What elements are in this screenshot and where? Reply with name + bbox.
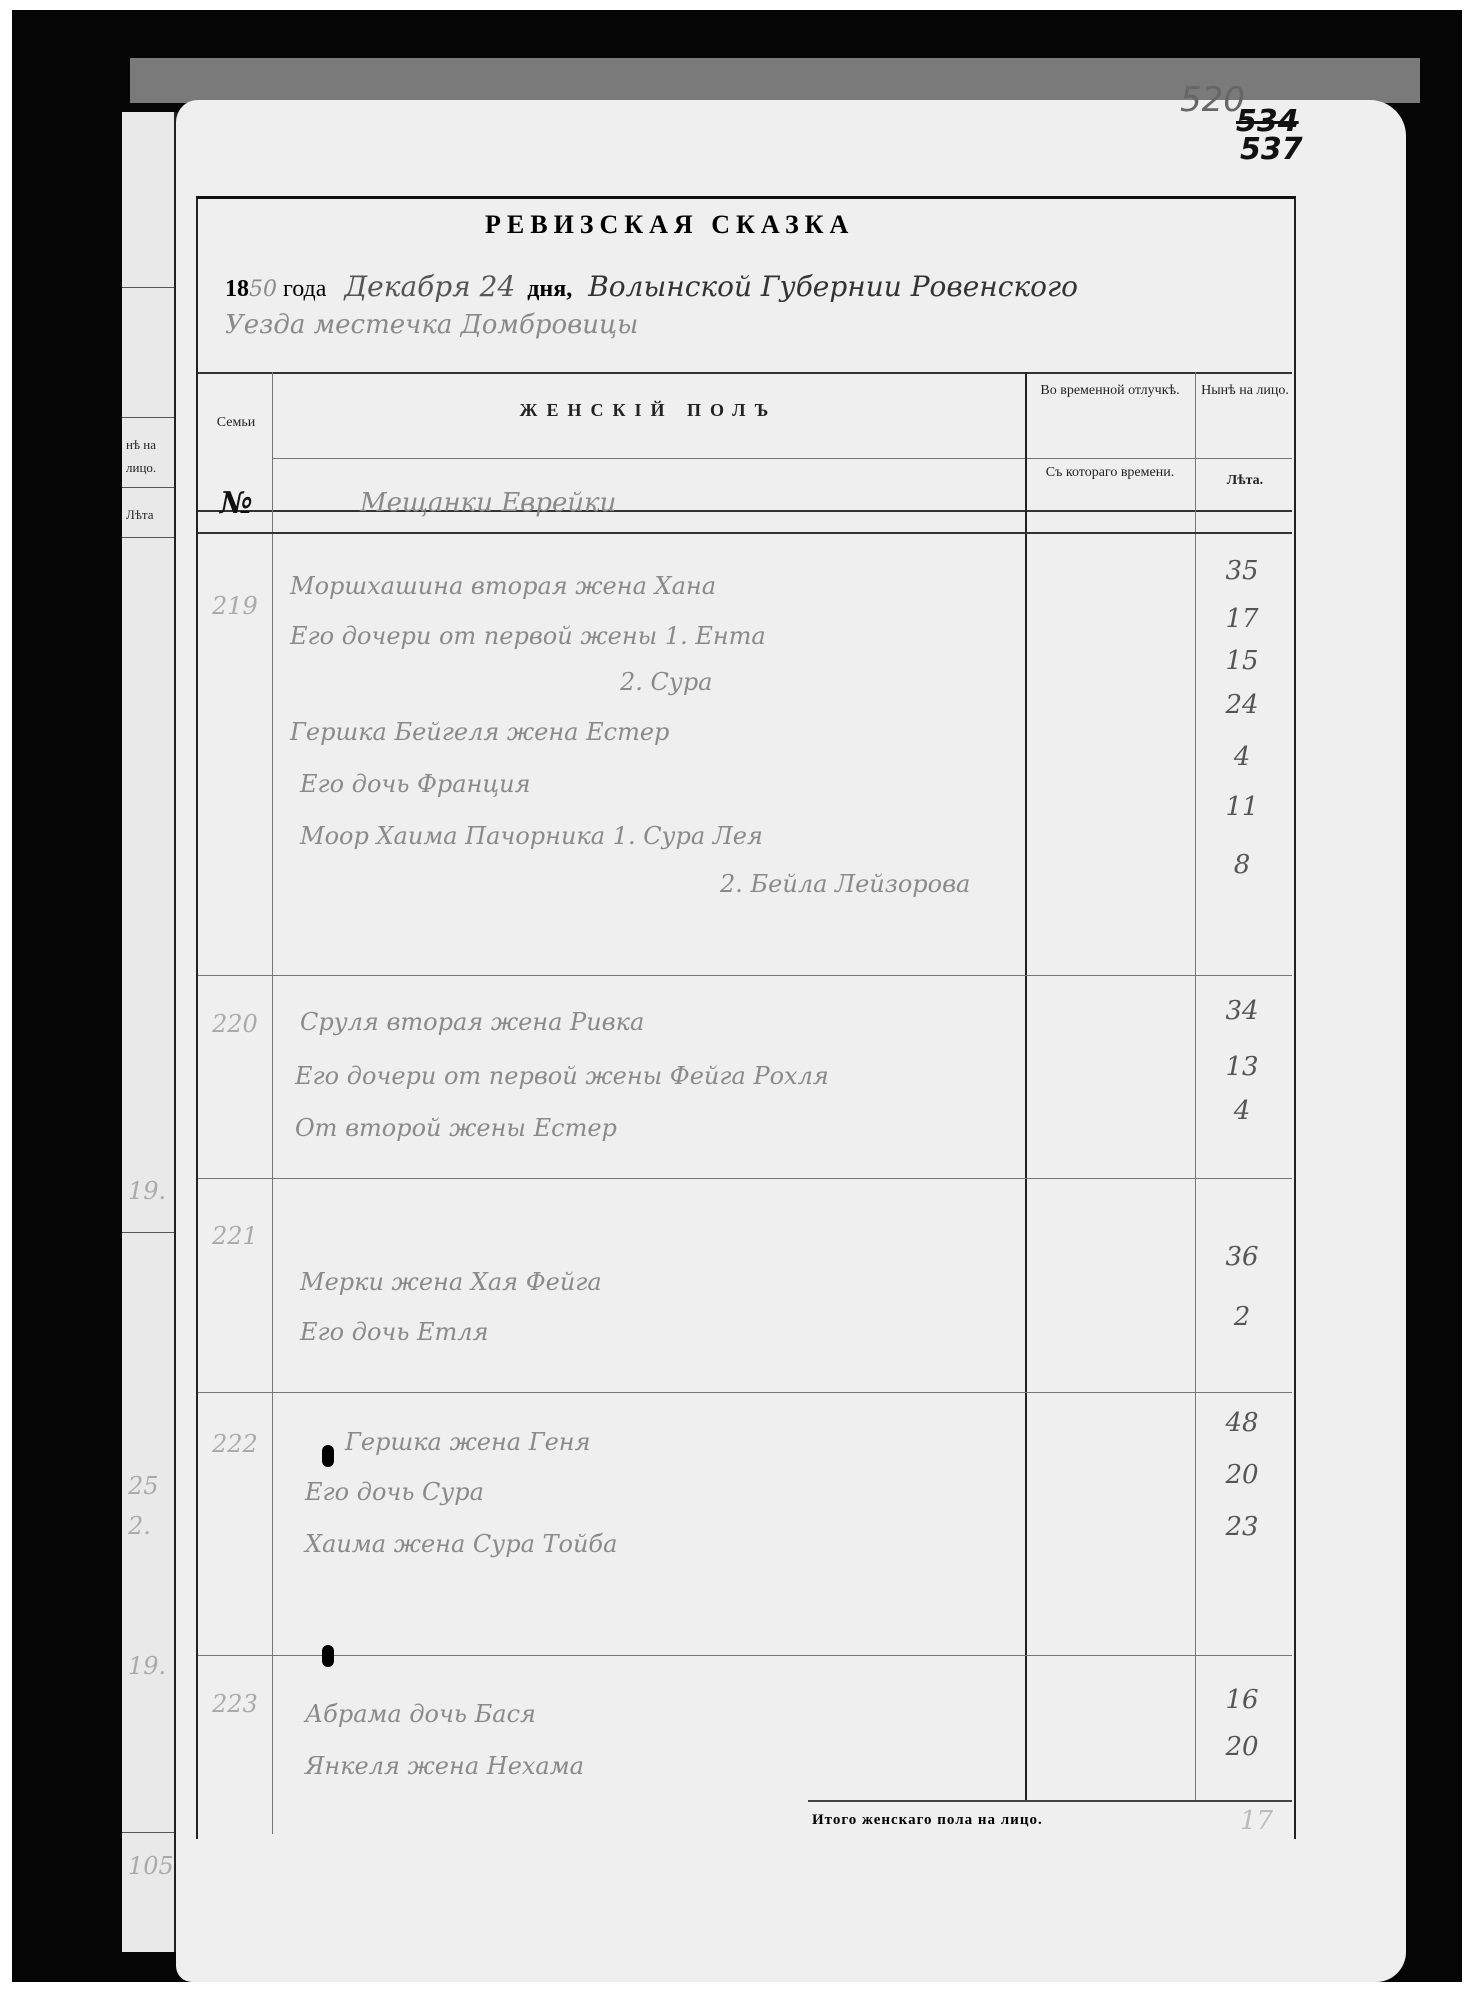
member-entry: Гершка жена Геня [345,1428,590,1456]
member-age: 48 [1212,1408,1272,1438]
member-entry: 2. Бейла Лейзорова [720,870,970,898]
prev-page-rule [122,487,174,488]
prev-page-rule [122,1832,174,1833]
prev-page-rule [122,1232,174,1233]
col-name-divider [1025,372,1027,1800]
family-number: 219 [212,592,258,620]
member-entry: Его дочь Етля [300,1318,488,1346]
group-bottom-rule [198,532,1292,534]
member-entry: Янкеля жена Нехама [305,1752,584,1780]
header-absent-bottom: Съ котораго времени. [1030,462,1190,484]
member-entry: Сруля вторая жена Ривка [300,1008,644,1036]
month-day: Декабря 24 [344,270,515,303]
member-entry: Его дочери от первой жены 1. Ента [290,622,766,650]
member-entry: Мерки жена Хая Фейга [300,1268,602,1296]
col-family-divider [272,372,273,1834]
header-female: ЖЕНСКІЙ ПОЛЪ [272,400,1025,421]
prev-page-number: 2. [128,1512,151,1540]
header-present-bottom: Лѣта. [1200,470,1290,492]
header-top-rule [198,372,1292,374]
location-line: Уезда местечка Домбровицы [225,310,638,340]
member-age: 24 [1212,690,1272,720]
member-entry: Моор Хаима Пачорника 1. Сура Лея [300,822,763,850]
day-word: дня, [527,276,572,302]
punch-hole [322,1645,334,1667]
prev-page-header-text: Лѣта [126,507,154,523]
total-rule [808,1800,1292,1802]
date-line: 1850 года Декабря 24 дня, Волынской Губе… [225,270,1078,303]
member-age: 2 [1212,1302,1272,1332]
member-entry: Его дочь Франция [300,770,531,798]
prev-page-number: 105 [128,1852,174,1880]
member-age: 23 [1212,1512,1272,1542]
prev-page-header-text: лицо. [126,460,156,476]
member-age: 15 [1212,646,1272,676]
family-number: 223 [212,1690,258,1718]
member-entry: 2. Сура [620,668,712,696]
member-age: 8 [1212,850,1272,880]
member-entry: Его дочь Сура [305,1478,484,1506]
member-age: 4 [1212,1096,1272,1126]
family-separator [198,1655,1292,1656]
col-absent-divider [1195,372,1196,1800]
family-number: 220 [212,1010,258,1038]
family-number: 221 [212,1222,258,1250]
family-separator [198,1392,1292,1393]
header-absent-top: Во временной отлучкѣ. [1030,380,1190,402]
family-separator [198,975,1292,976]
number-sign: № [220,486,253,521]
prev-page-number: 19. [128,1652,166,1680]
member-age: 13 [1212,1052,1272,1082]
prev-page-rule [122,417,174,418]
prev-page-rule [122,287,174,288]
member-age: 17 [1212,604,1272,634]
previous-page-edge: нѣ на лицо. Лѣта 19. 25 2. 19. 105 [122,112,177,1952]
member-entry: Хаима жена Сура Тойба [305,1530,617,1558]
member-age: 34 [1212,996,1272,1026]
member-entry: Гершка Бейгеля жена Естер [290,718,669,746]
member-age: 11 [1212,792,1272,822]
family-separator [198,1178,1292,1179]
member-entry: Его дочери от первой жены Фейга Рохля [295,1062,829,1090]
total-label: Итого женскаго пола на лицо. [812,1812,1043,1829]
year-prefix: 18 [225,276,249,302]
prev-page-number: 19. [128,1177,166,1205]
document-title: РЕВИЗСКАЯ СКАЗКА [485,210,854,240]
prev-page-rule [122,537,174,538]
year-word: года [283,276,326,302]
header-family: Семьи [200,412,272,434]
member-entry: Абрама дочь Бася [305,1700,536,1728]
family-number: 222 [212,1430,258,1458]
header-mid-rule [272,458,1292,459]
folio-number-current: 537 [1240,132,1303,167]
prev-page-number: 25 [128,1472,159,1500]
member-age: 20 [1212,1460,1272,1490]
member-age: 20 [1212,1732,1272,1762]
member-age: 35 [1212,556,1272,586]
member-age: 4 [1212,742,1272,772]
member-entry: От второй жены Естер [295,1114,617,1142]
member-age: 36 [1212,1242,1272,1272]
punch-hole [322,1445,334,1467]
member-entry: Моршхашина вторая жена Хана [290,572,716,600]
prev-page-header-text: нѣ на [126,437,156,453]
total-value: 17 [1240,1806,1273,1836]
group-label: Мещанки Еврейки [360,488,616,518]
province: Волынской Губернии Ровенского [588,270,1078,303]
member-age: 16 [1212,1685,1272,1715]
year-suffix: 50 [249,277,277,302]
header-present-top: Нынѣ на лицо. [1200,380,1290,402]
